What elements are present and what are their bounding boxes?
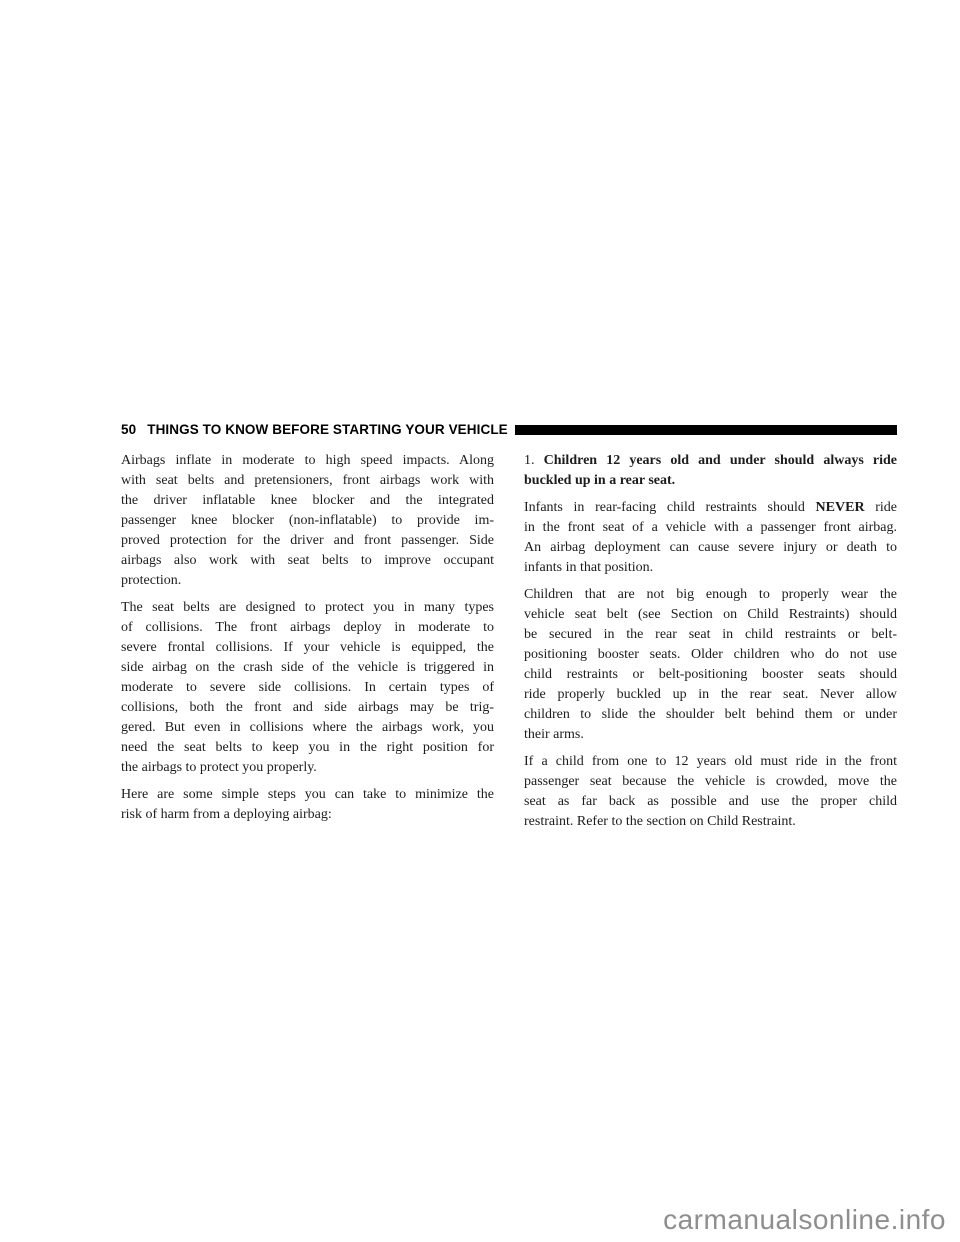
watermark: carmanualsonline.info [663, 1204, 946, 1236]
paragraph: Children that are not big enough to prop… [524, 585, 897, 745]
text-line: risk of harm from a deploying airbag: [121, 805, 494, 825]
page-title: THINGS TO KNOW BEFORE STARTING YOUR VEHI… [147, 422, 508, 437]
text-line: side airbag on the crash side of the veh… [121, 658, 494, 678]
text-line: restraint. Refer to the section on Child… [524, 812, 897, 832]
text-line: severe frontal collisions. If your vehic… [121, 638, 494, 658]
text-line: buckled up in a rear seat. [524, 471, 897, 491]
text-line: seat as far back as possible and use the… [524, 792, 897, 812]
paragraph: 1. Children 12 years old and under shoul… [524, 451, 897, 491]
text-line: Children that are not big enough to prop… [524, 585, 897, 605]
text-line: An airbag deployment can cause severe in… [524, 538, 897, 558]
paragraph: Infants in rear-facing child restraints … [524, 498, 897, 578]
text-line: children to slide the shoulder belt behi… [524, 705, 897, 725]
text-line: their arms. [524, 725, 897, 745]
text-line: airbags also work with seat belts to imp… [121, 551, 494, 571]
text-line: ride properly buckled up in the rear sea… [524, 685, 897, 705]
text-line: proved protection for the driver and fro… [121, 531, 494, 551]
text-line: vehicle seat belt (see Section on Child … [524, 605, 897, 625]
page-header: 50 THINGS TO KNOW BEFORE STARTING YOUR V… [121, 422, 897, 437]
right-column: 1. Children 12 years old and under shoul… [524, 451, 897, 832]
text-line: positioning booster seats. Older childre… [524, 645, 897, 665]
text-line: the airbags to protect you properly. [121, 758, 494, 778]
text-line: Infants in rear-facing child restraints … [524, 498, 897, 518]
manual-page: 50 THINGS TO KNOW BEFORE STARTING YOUR V… [0, 0, 960, 1242]
text-line: child restraints or belt-positioning boo… [524, 665, 897, 685]
left-column: Airbags inflate in moderate to high spee… [121, 451, 494, 832]
paragraph: The seat belts are designed to protect y… [121, 598, 494, 778]
text-line: protection. [121, 571, 494, 591]
two-column-body: Airbags inflate in moderate to high spee… [121, 451, 897, 832]
text-line: of collisions. The front airbags deploy … [121, 618, 494, 638]
text-line: If a child from one to 12 years old must… [524, 752, 897, 772]
text-line: 1. Children 12 years old and under shoul… [524, 451, 897, 471]
text-line: Here are some simple steps you can take … [121, 785, 494, 805]
text-line: passenger knee blocker (non-inflatable) … [121, 511, 494, 531]
page-number: 50 [121, 422, 136, 437]
text-line: be secured in the rear seat in child res… [524, 625, 897, 645]
text-line: collisions, both the front and side airb… [121, 698, 494, 718]
text-line: passenger seat because the vehicle is cr… [524, 772, 897, 792]
paragraph: Airbags inflate in moderate to high spee… [121, 451, 494, 591]
text-line: gered. But even in collisions where the … [121, 718, 494, 738]
text-line: with seat belts and pretensioners, front… [121, 471, 494, 491]
text-line: the driver inflatable knee blocker and t… [121, 491, 494, 511]
text-line: moderate to severe side collisions. In c… [121, 678, 494, 698]
text-line: need the seat belts to keep you in the r… [121, 738, 494, 758]
text-line: in the front seat of a vehicle with a pa… [524, 518, 897, 538]
text-line: Airbags inflate in moderate to high spee… [121, 451, 494, 471]
paragraph: If a child from one to 12 years old must… [524, 752, 897, 832]
paragraph: Here are some simple steps you can take … [121, 785, 494, 825]
text-line: infants in that position. [524, 558, 897, 578]
header-rule-bar [515, 425, 897, 435]
text-line: The seat belts are designed to protect y… [121, 598, 494, 618]
